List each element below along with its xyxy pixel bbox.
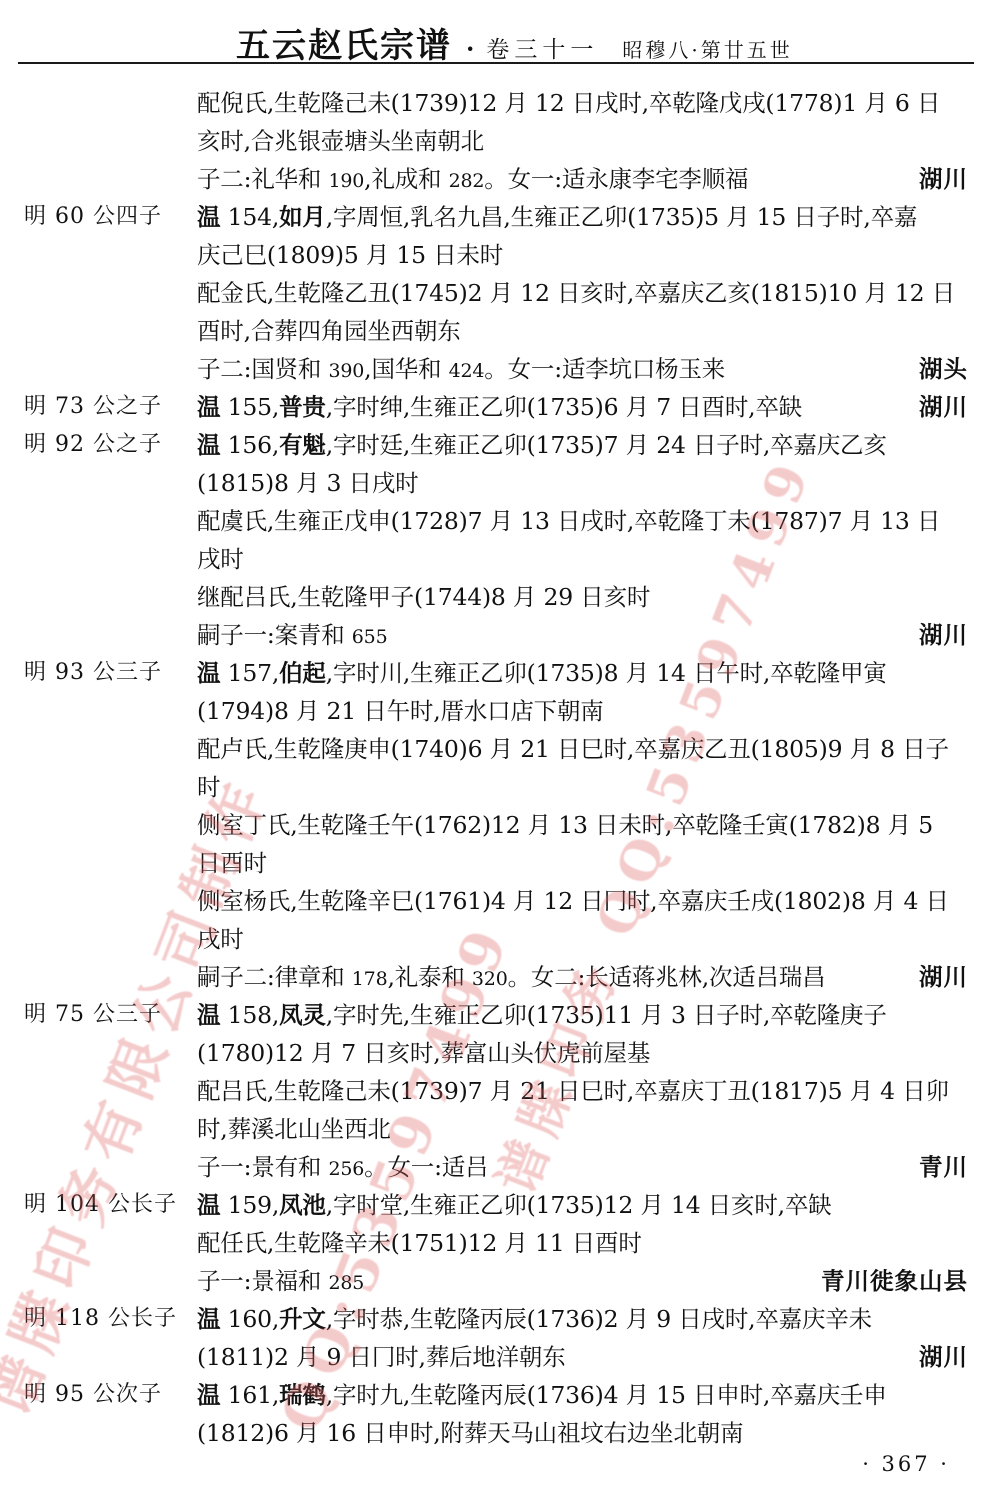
page-header: 五云赵氏宗谱 · 卷三十一 昭穆八·第廿五世 [236, 18, 793, 67]
genealogy-line: 明 75 公三子温 158,凤灵,字时先,生雍正乙卯(1735)11 月 3 日… [0, 996, 992, 1034]
entry-text: 侧室丁氏,生乾隆壬午(1762)12 月 13 日未时,卒乾隆壬寅(1782)8… [197, 806, 933, 844]
entry-text: 温 157,伯起,字时川,生雍正乙卯(1735)8 月 14 日午时,卒乾隆甲寅 [197, 654, 887, 692]
entry-text: 庆己巳(1809)5 月 15 日未时 [197, 236, 503, 274]
entry-text: 子二:国贤和 390,国华和 424。女一:适李坑口杨玉来 [197, 350, 725, 390]
place-tag: 湖川 [919, 616, 968, 654]
entry-text: 配卢氏,生乾隆庚申(1740)6 月 21 日巳时,卒嘉庆乙丑(1805)9 月… [197, 730, 949, 768]
entry-text: 温 159,凤池,字时堂,生雍正乙卯(1735)12 月 14 日亥时,卒缺 [197, 1186, 832, 1224]
genealogy-line: 嗣子二:律章和 178,礼泰和 320。女二:长适蒋兆林,次适吕瑞昌湖川 [0, 958, 992, 996]
genealogy-line: 明 93 公三子温 157,伯起,字时川,生雍正乙卯(1735)8 月 14 日… [0, 654, 992, 692]
genealogy-line: 子二:国贤和 390,国华和 424。女一:适李坑口杨玉来湖头 [0, 350, 992, 388]
entry-text: 子二:礼华和 190,礼成和 282。女一:适永康李宅李顺福 [197, 160, 748, 200]
genealogy-line: 配吕氏,生乾隆己未(1739)7 月 21 日巳时,卒嘉庆丁丑(1817)5 月… [0, 1072, 992, 1110]
entry-text: 戌时 [197, 540, 244, 578]
genealogy-line: 戌时 [0, 920, 992, 958]
generation-label: 明 95 公次子 [24, 1376, 162, 1414]
entry-text: 侧室杨氏,生乾隆辛巳(1761)4 月 12 日冂时,卒嘉庆壬戌(1802)8 … [197, 882, 949, 920]
generation-label: 明 60 公四子 [24, 198, 162, 236]
body-rows: 配倪氏,生乾隆己未(1739)12 月 12 日戌时,卒乾隆戊戌(1778)1 … [0, 84, 992, 1452]
genealogy-line: (1811)2 月 9 日冂时,葬后地洋朝东湖川 [0, 1338, 992, 1376]
place-tag: 湖川 [919, 1338, 968, 1376]
entry-text: 嗣子一:案青和 655 [197, 616, 387, 656]
genealogy-line: 子二:礼华和 190,礼成和 282。女一:适永康李宅李顺福湖川 [0, 160, 992, 198]
genealogy-line: 日酉时 [0, 844, 992, 882]
genealogy-page: 谱牒印务有限公司制作QQ:53597499谱牒印务 QQ:53597499 五云… [0, 0, 992, 1512]
genealogy-line: 子一:景福和 285青川徙象山县 [0, 1262, 992, 1300]
entry-text: 配金氏,生乾隆乙丑(1745)2 月 12 日亥时,卒嘉庆乙亥(1815)10 … [197, 274, 955, 312]
entry-text: (1815)8 月 3 日戌时 [197, 464, 418, 502]
entry-text: (1811)2 月 9 日冂时,葬后地洋朝东 [197, 1338, 566, 1376]
entry-text: 继配吕氏,生乾隆甲子(1744)8 月 29 日亥时 [197, 578, 650, 616]
entry-text: 温 156,有魁,字时廷,生雍正乙卯(1735)7 月 24 日子时,卒嘉庆乙亥 [197, 426, 887, 464]
genealogy-line: 配倪氏,生乾隆己未(1739)12 月 12 日戌时,卒乾隆戊戌(1778)1 … [0, 84, 992, 122]
genealogy-line: (1780)12 月 7 日亥时,葬富山头伏虎前屋基 [0, 1034, 992, 1072]
entry-text: 时,葬溪北山坐西北 [197, 1110, 391, 1148]
genealogy-line: 明 118 公长子温 160,升文,字时恭,生乾隆丙辰(1736)2 月 9 日… [0, 1300, 992, 1338]
genealogy-line: 明 60 公四子温 154,如月,字周恒,乳名九昌,生雍正乙卯(1735)5 月… [0, 198, 992, 236]
entry-text: 子一:景福和 285 [197, 1262, 364, 1302]
place-tag: 青川 [919, 1148, 968, 1186]
genealogy-line: 明 92 公之子温 156,有魁,字时廷,生雍正乙卯(1735)7 月 24 日… [0, 426, 992, 464]
entry-text: (1794)8 月 21 日午时,厝水口店下朝南 [197, 692, 604, 730]
entry-text: 配虞氏,生雍正戊申(1728)7 月 13 日戌时,卒乾隆丁未(1787)7 月… [197, 502, 940, 540]
genealogy-line: 子一:景有和 256。女一:适吕青川 [0, 1148, 992, 1186]
title-separator-dot: · [466, 34, 474, 63]
page-number: · 367 · [862, 1452, 950, 1476]
entry-text: 温 158,凤灵,字时先,生雍正乙卯(1735)11 月 3 日子时,卒乾隆庚子 [197, 996, 887, 1034]
genealogy-line: 配卢氏,生乾隆庚申(1740)6 月 21 日巳时,卒嘉庆乙丑(1805)9 月… [0, 730, 992, 768]
entry-text: 嗣子二:律章和 178,礼泰和 320。女二:长适蒋兆林,次适吕瑞昌 [197, 958, 825, 998]
generation-label: 明 75 公三子 [24, 996, 162, 1034]
book-title: 五云赵氏宗谱 [236, 18, 452, 67]
entry-text: 亥时,合兆银壶塘头坐南朝北 [197, 122, 484, 160]
genealogy-line: 亥时,合兆银壶塘头坐南朝北 [0, 122, 992, 160]
entry-text: (1780)12 月 7 日亥时,葬富山头伏虎前屋基 [197, 1034, 650, 1072]
entry-text: 时 [197, 768, 220, 806]
entry-text: 温 160,升文,字时恭,生乾隆丙辰(1736)2 月 9 日戌时,卒嘉庆辛未 [197, 1300, 872, 1338]
entry-text: 戌时 [197, 920, 244, 958]
genealogy-line: 时,葬溪北山坐西北 [0, 1110, 992, 1148]
entry-text: (1812)6 月 16 日申时,附葬天马山祖坟右边坐北朝南 [197, 1414, 743, 1452]
entry-text: 温 154,如月,字周恒,乳名九昌,生雍正乙卯(1735)5 月 15 日子时,… [197, 198, 917, 236]
generation-label: 明 118 公长子 [24, 1300, 177, 1338]
genealogy-line: 配任氏,生乾隆辛未(1751)12 月 11 日酉时 [0, 1224, 992, 1262]
genealogy-line: 配金氏,生乾隆乙丑(1745)2 月 12 日亥时,卒嘉庆乙亥(1815)10 … [0, 274, 992, 312]
generation-label: 明 93 公三子 [24, 654, 162, 692]
generation-label: 明 92 公之子 [24, 426, 162, 464]
entry-text: 配任氏,生乾隆辛未(1751)12 月 11 日酉时 [197, 1224, 642, 1262]
generation-subtitle: 昭穆八·第廿五世 [622, 34, 792, 63]
place-tag: 湖川 [919, 160, 968, 198]
genealogy-line: 嗣子一:案青和 655湖川 [0, 616, 992, 654]
entry-text: 酉时,合葬四角园坐西朝东 [197, 312, 461, 350]
genealogy-line: 明 104 公长子温 159,凤池,字时堂,生雍正乙卯(1735)12 月 14… [0, 1186, 992, 1224]
genealogy-line: 明 73 公之子温 155,普贵,字时绅,生雍正乙卯(1735)6 月 7 日酉… [0, 388, 992, 426]
entry-text: 温 161,瑞鹤,字时九,生乾隆丙辰(1736)4 月 15 日申时,卒嘉庆壬申 [197, 1376, 887, 1414]
genealogy-line: 侧室杨氏,生乾隆辛巳(1761)4 月 12 日冂时,卒嘉庆壬戌(1802)8 … [0, 882, 992, 920]
genealogy-line: 侧室丁氏,生乾隆壬午(1762)12 月 13 日未时,卒乾隆壬寅(1782)8… [0, 806, 992, 844]
place-tag: 湖川 [919, 958, 968, 996]
genealogy-line: (1794)8 月 21 日午时,厝水口店下朝南 [0, 692, 992, 730]
place-tag: 青川徙象山县 [821, 1262, 968, 1300]
header-rule [18, 62, 974, 64]
entry-text: 配倪氏,生乾隆己未(1739)12 月 12 日戌时,卒乾隆戊戌(1778)1 … [197, 84, 940, 122]
generation-label: 明 104 公长子 [24, 1186, 177, 1224]
entry-text: 日酉时 [197, 844, 267, 882]
genealogy-line: (1815)8 月 3 日戌时 [0, 464, 992, 502]
genealogy-line: 时 [0, 768, 992, 806]
place-tag: 湖头 [919, 350, 968, 388]
generation-label: 明 73 公之子 [24, 388, 162, 426]
genealogy-line: 继配吕氏,生乾隆甲子(1744)8 月 29 日亥时 [0, 578, 992, 616]
genealogy-line: 酉时,合葬四角园坐西朝东 [0, 312, 992, 350]
genealogy-line: 戌时 [0, 540, 992, 578]
genealogy-line: 配虞氏,生雍正戊申(1728)7 月 13 日戌时,卒乾隆丁未(1787)7 月… [0, 502, 992, 540]
entry-text: 配吕氏,生乾隆己未(1739)7 月 21 日巳时,卒嘉庆丁丑(1817)5 月… [197, 1072, 949, 1110]
volume-label: 卷三十一 [486, 31, 598, 64]
genealogy-line: 明 95 公次子温 161,瑞鹤,字时九,生乾隆丙辰(1736)4 月 15 日… [0, 1376, 992, 1414]
place-tag: 湖川 [919, 388, 968, 426]
genealogy-line: 庆己巳(1809)5 月 15 日未时 [0, 236, 992, 274]
genealogy-line: (1812)6 月 16 日申时,附葬天马山祖坟右边坐北朝南 [0, 1414, 992, 1452]
entry-text: 子一:景有和 256。女一:适吕 [197, 1148, 488, 1188]
entry-text: 温 155,普贵,字时绅,生雍正乙卯(1735)6 月 7 日酉时,卒缺 [197, 388, 802, 426]
